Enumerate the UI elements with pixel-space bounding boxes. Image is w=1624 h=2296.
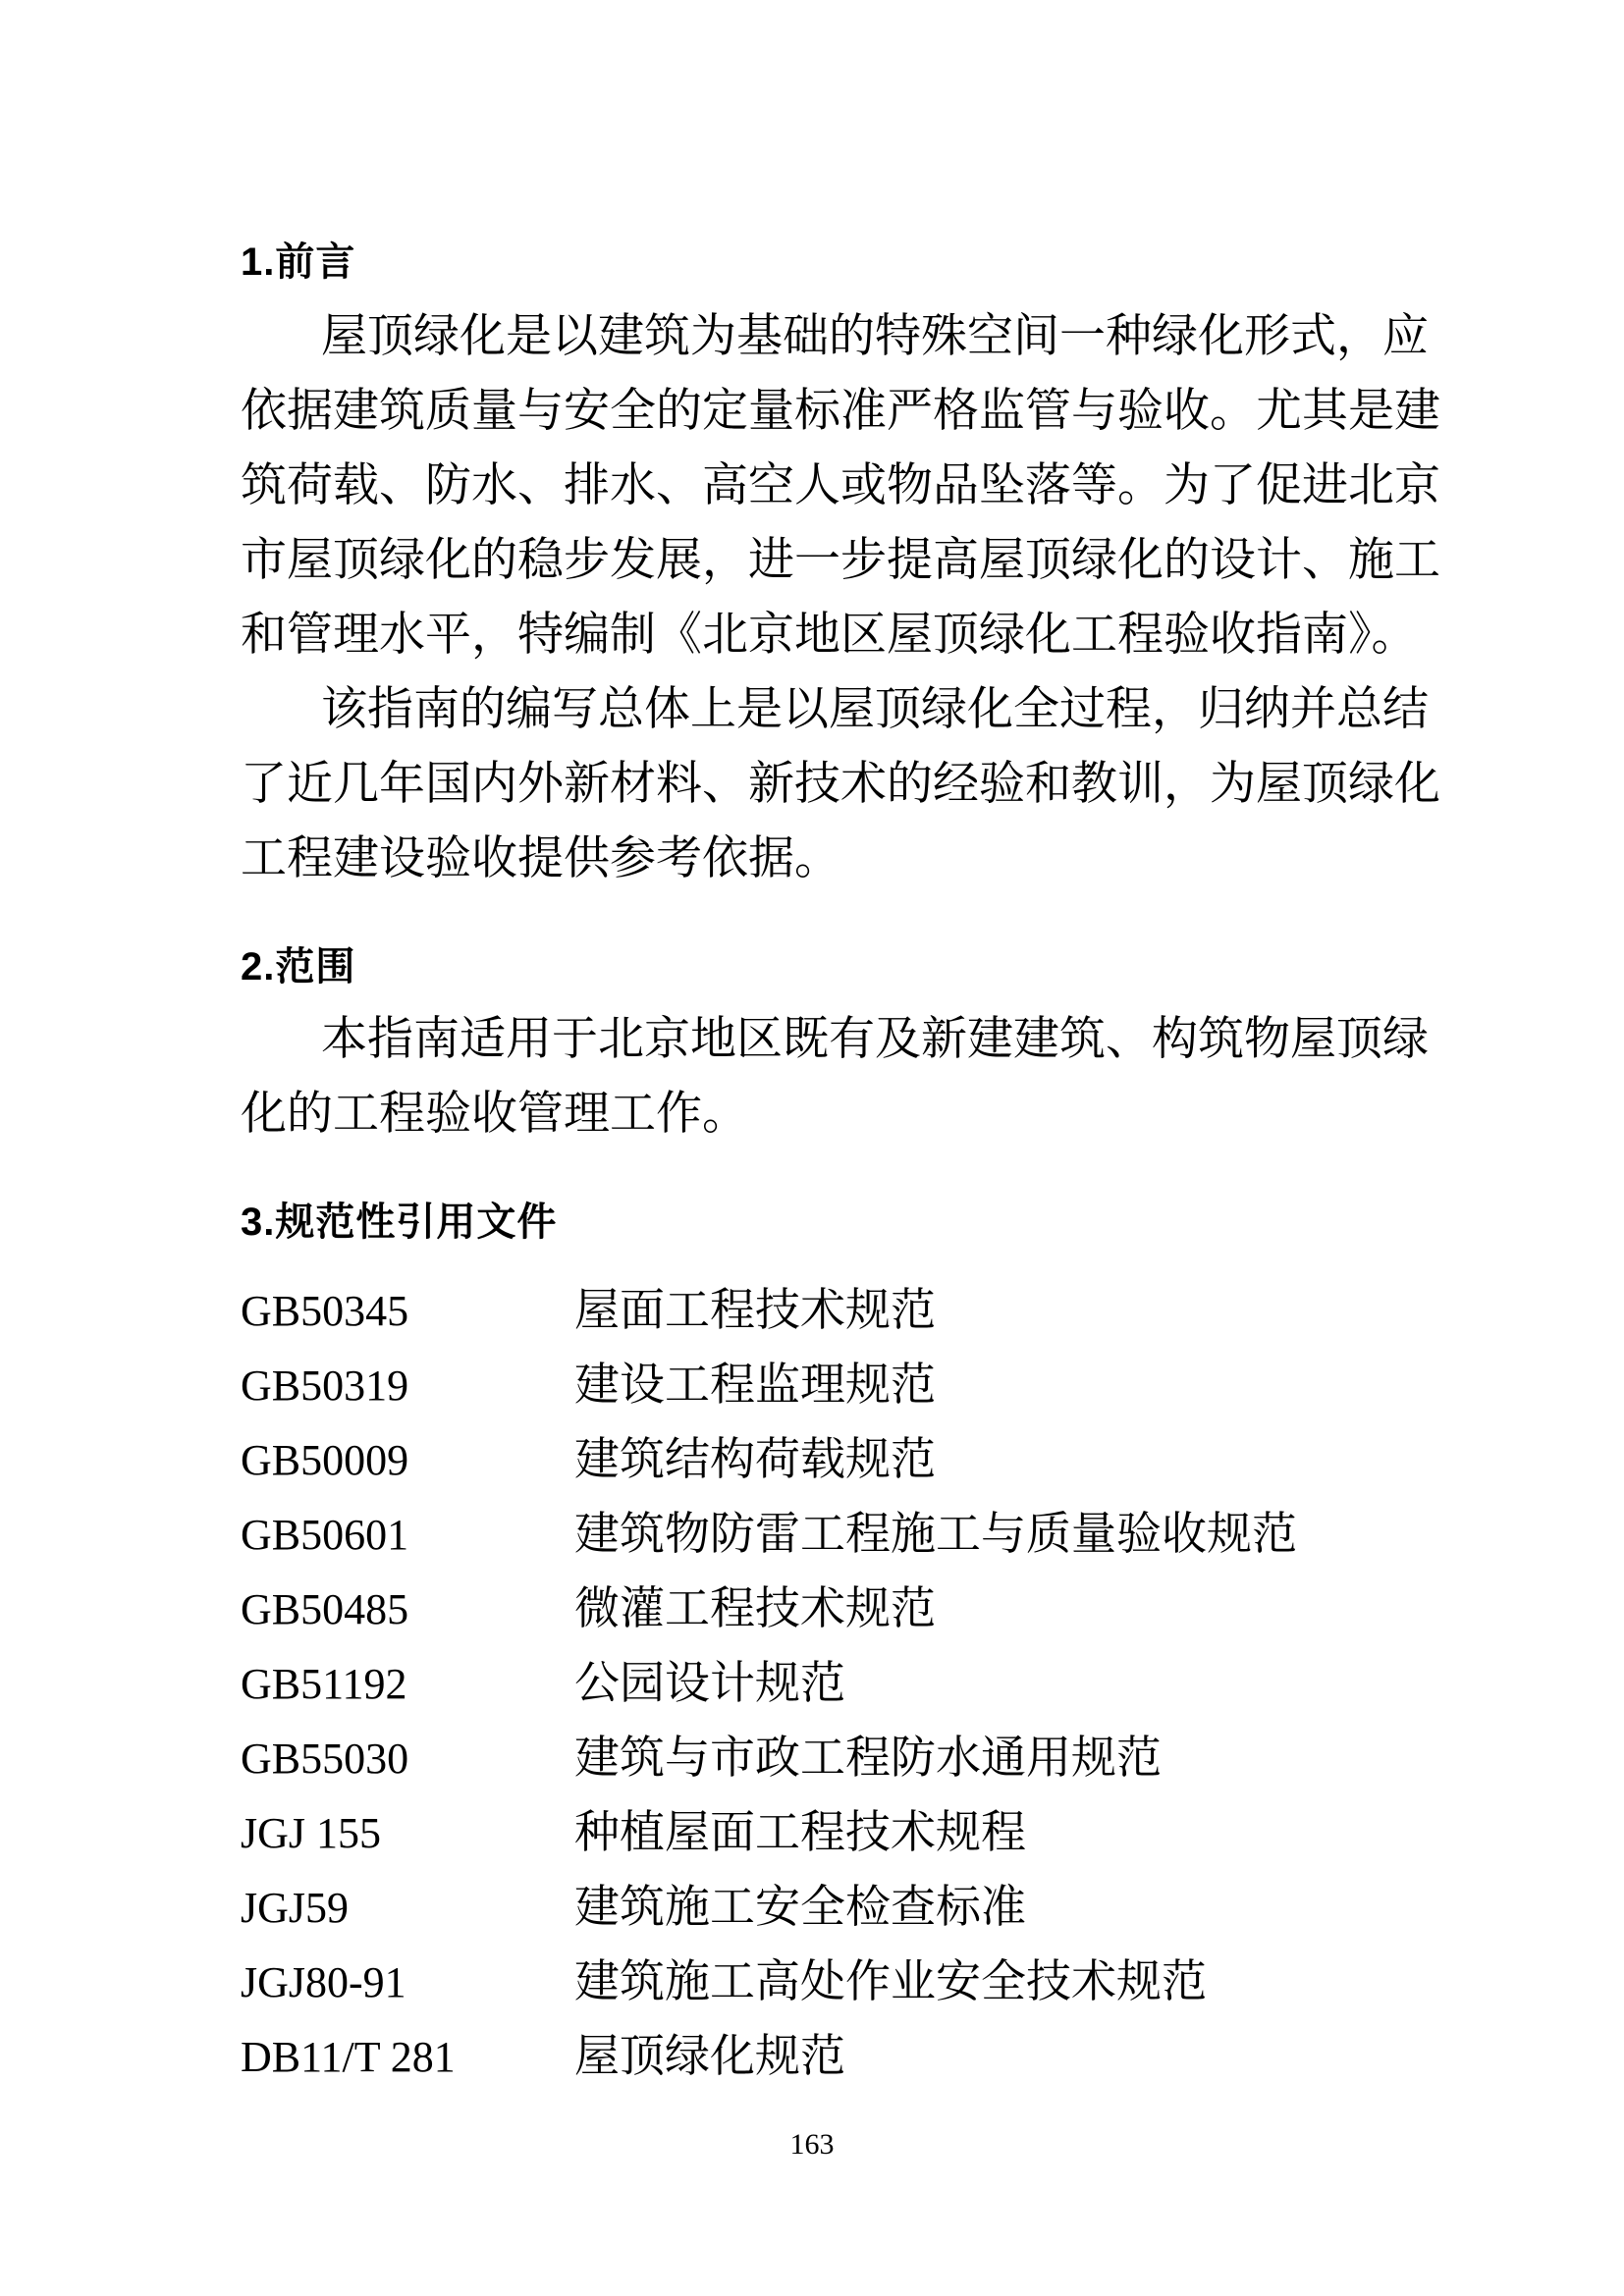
reference-row: GB51192 公园设计规范 <box>241 1646 1404 1721</box>
reference-row: DB11/T 281 屋顶绿化规范 <box>241 2019 1404 2094</box>
reference-row: GB50345 屋面工程技术规范 <box>241 1273 1404 1348</box>
reference-title: 屋面工程技术规范 <box>574 1273 936 1347</box>
preface-paragraph-2: 该指南的编写总体上是以屋顶绿化全过程，归纳并总结 了近几年国内外新材料、新技术的… <box>241 672 1404 896</box>
reference-row: GB50485 微灌工程技术规范 <box>241 1572 1404 1646</box>
reference-list: GB50345 屋面工程技术规范 GB50319 建设工程监理规范 GB5000… <box>241 1273 1404 2094</box>
reference-code: GB50319 <box>241 1349 574 1422</box>
reference-title: 建筑施工高处作业安全技术规范 <box>574 1945 1207 2018</box>
reference-code: GB50601 <box>241 1498 574 1572</box>
page-content: 1.前言 屋顶绿化是以建筑为基础的特殊空间一种绿化形式，应 依据建筑质量与安全的… <box>241 0 1404 2094</box>
paragraph-line: 依据建筑质量与安全的定量标准严格监管与验收。尤其是建 <box>241 374 1404 449</box>
page-number: 163 <box>0 2128 1624 2162</box>
reference-code: GB51192 <box>241 1647 574 1721</box>
reference-row: GB50601 建筑物防雷工程施工与质量验收规范 <box>241 1497 1404 1572</box>
paragraph-line: 本指南适用于北京地区既有及新建建筑、构筑物屋顶绿 <box>241 1002 1404 1077</box>
section-heading-preface: 1.前言 <box>241 240 1404 284</box>
reference-code: GB50345 <box>241 1274 574 1348</box>
reference-title: 公园设计规范 <box>574 1646 845 1720</box>
reference-code: GB50009 <box>241 1423 574 1497</box>
document-page: 1.前言 屋顶绿化是以建筑为基础的特殊空间一种绿化形式，应 依据建筑质量与安全的… <box>0 0 1624 2296</box>
section-heading-scope: 2.范围 <box>241 945 1404 988</box>
reference-title: 建设工程监理规范 <box>574 1348 936 1421</box>
reference-title: 建筑与市政工程防水通用规范 <box>574 1721 1162 1794</box>
reference-title: 建筑结构荷载规范 <box>574 1422 936 1496</box>
reference-title: 微灌工程技术规范 <box>574 1572 936 1645</box>
reference-row: GB50009 建筑结构荷载规范 <box>241 1422 1404 1497</box>
reference-row: GB55030 建筑与市政工程防水通用规范 <box>241 1721 1404 1795</box>
reference-code: GB55030 <box>241 1722 574 1795</box>
paragraph-line: 和管理水平，特编制《北京地区屋顶绿化工程验收指南》。 <box>241 598 1404 672</box>
reference-row: JGJ 155 种植屋面工程技术规程 <box>241 1795 1404 1870</box>
reference-title: 种植屋面工程技术规程 <box>574 1795 1026 1869</box>
preface-paragraph-1: 屋顶绿化是以建筑为基础的特殊空间一种绿化形式，应 依据建筑质量与安全的定量标准严… <box>241 299 1404 672</box>
reference-code: JGJ80-91 <box>241 1946 574 2019</box>
paragraph-line: 筑荷载、防水、排水、高空人或物品坠落等。为了促进北京 <box>241 449 1404 523</box>
scope-paragraph: 本指南适用于北京地区既有及新建建筑、构筑物屋顶绿 化的工程验收管理工作。 <box>241 1002 1404 1151</box>
reference-title: 建筑物防雷工程施工与质量验收规范 <box>574 1497 1297 1571</box>
reference-title: 建筑施工安全检查标准 <box>574 1870 1026 1944</box>
paragraph-line: 该指南的编写总体上是以屋顶绿化全过程，归纳并总结 <box>241 672 1404 747</box>
reference-row: JGJ80-91 建筑施工高处作业安全技术规范 <box>241 1945 1404 2019</box>
paragraph-line: 化的工程验收管理工作。 <box>241 1077 1404 1151</box>
reference-code: JGJ59 <box>241 1871 574 1945</box>
reference-code: JGJ 155 <box>241 1796 574 1870</box>
reference-code: DB11/T 281 <box>241 2020 574 2094</box>
paragraph-line: 了近几年国内外新材料、新技术的经验和教训，为屋顶绿化 <box>241 747 1404 822</box>
section-heading-normative-references: 3.规范性引用文件 <box>241 1201 1404 1244</box>
reference-title: 屋顶绿化规范 <box>574 2019 845 2093</box>
paragraph-line: 市屋顶绿化的稳步发展，进一步提高屋顶绿化的设计、施工 <box>241 523 1404 598</box>
paragraph-line: 工程建设验收提供参考依据。 <box>241 822 1404 896</box>
paragraph-line: 屋顶绿化是以建筑为基础的特殊空间一种绿化形式，应 <box>241 299 1404 374</box>
reference-code: GB50485 <box>241 1573 574 1646</box>
reference-row: JGJ59 建筑施工安全检查标准 <box>241 1870 1404 1945</box>
reference-row: GB50319 建设工程监理规范 <box>241 1348 1404 1422</box>
